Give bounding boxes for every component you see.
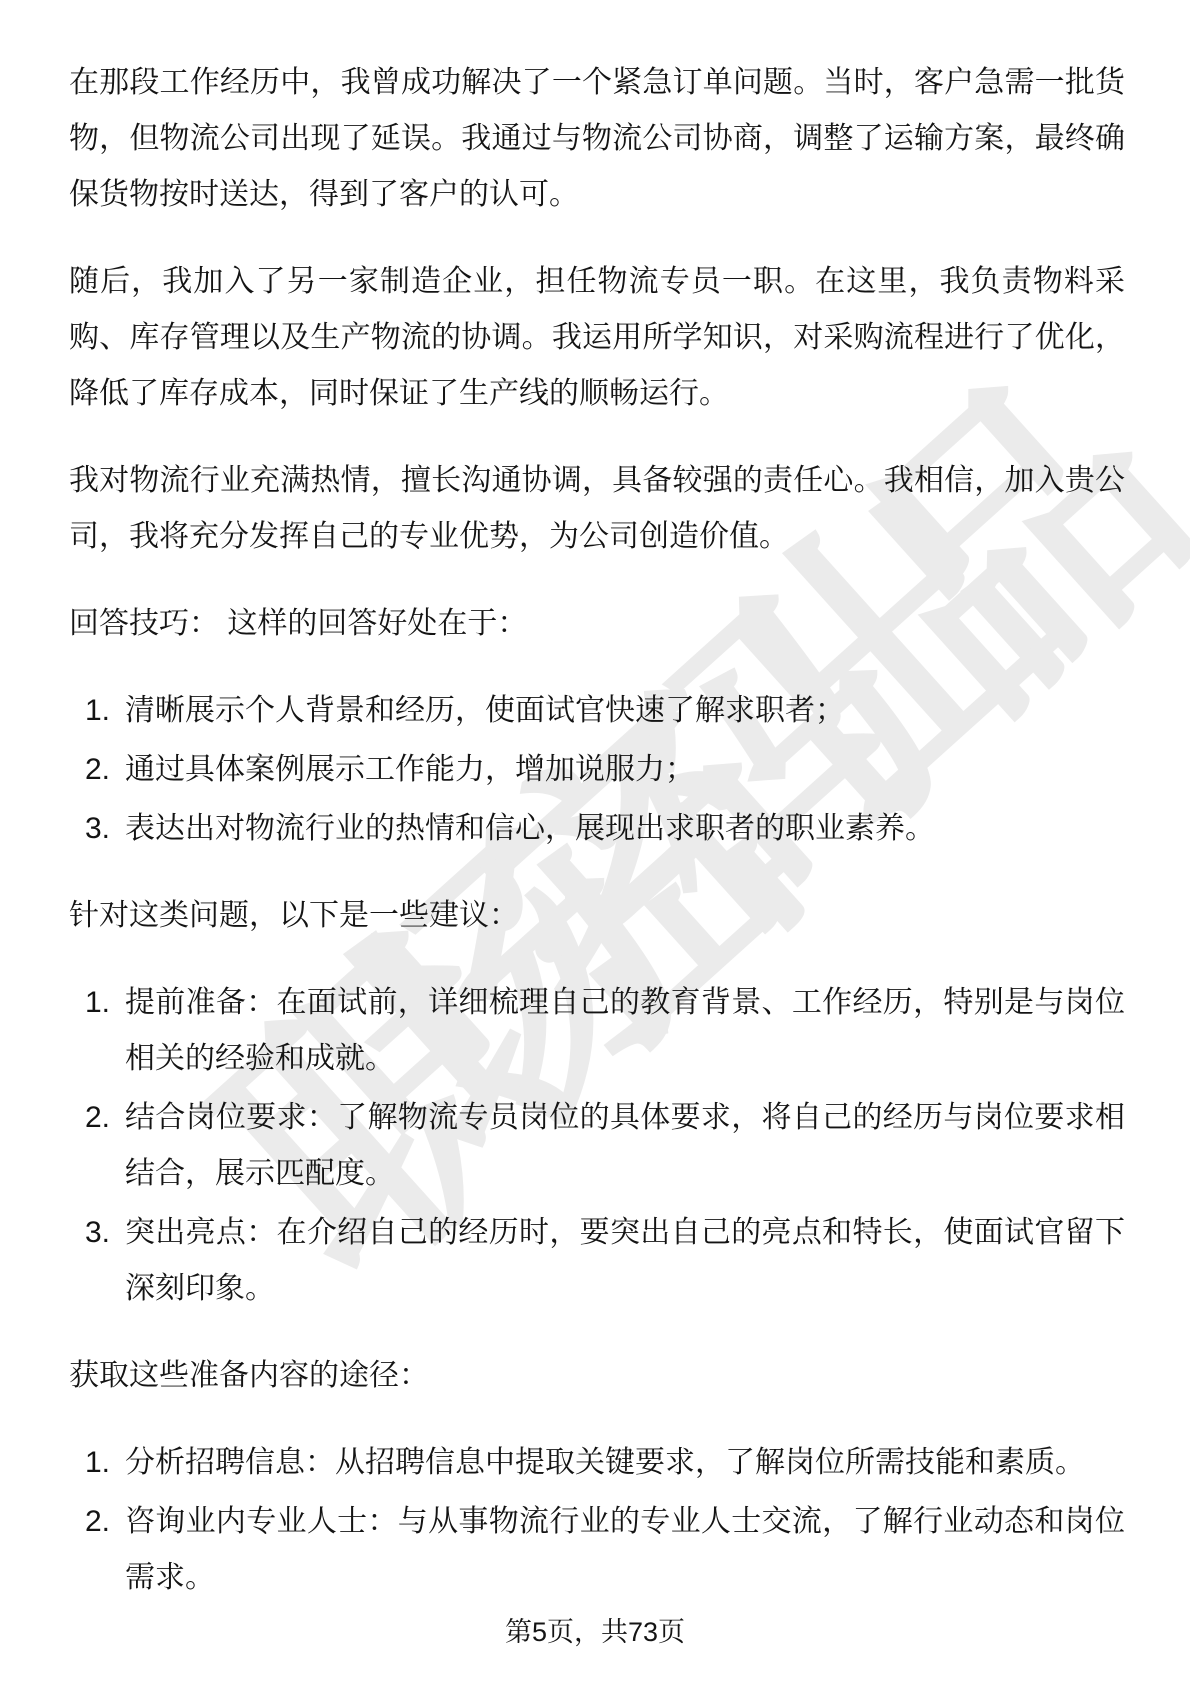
list-item: 1. 清晰展示个人背景和经历，使面试官快速了解求职者； [69, 683, 1125, 739]
list-item-text: 表达出对物流行业的热情和信心，展现出求职者的职业素养。 [125, 812, 935, 845]
paragraph: 在那段工作经历中，我曾成功解决了一个紧急订单问题。当时，客户急需一批货物，但物流… [69, 55, 1125, 223]
list-item-text: 通过具体案例展示工作能力，增加说服力； [125, 753, 695, 786]
list-item-text: 分析招聘信息：从招聘信息中提取关键要求，了解岗位所需技能和素质。 [125, 1446, 1085, 1479]
list-item-number: 1. [85, 683, 110, 739]
list-item-text: 咨询业内专业人士：与从事物流行业的专业人士交流，了解行业动态和岗位需求。 [125, 1505, 1125, 1594]
list-item-number: 3. [85, 801, 110, 857]
list-item-number: 2. [85, 1494, 110, 1550]
list-item: 2. 咨询业内专业人士：与从事物流行业的专业人士交流，了解行业动态和岗位需求。 [69, 1494, 1125, 1606]
list-item: 3. 突出亮点：在介绍自己的经历时，要突出自己的亮点和特长，使面试官留下深刻印象… [69, 1205, 1125, 1317]
list-item-text: 突出亮点：在介绍自己的经历时，要突出自己的亮点和特长，使面试官留下深刻印象。 [125, 1216, 1125, 1305]
paragraph: 随后，我加入了另一家制造企业，担任物流专员一职。在这里，我负责物料采购、库存管理… [69, 254, 1125, 422]
advice-list: 1. 提前准备：在面试前，详细梳理自己的教育背景、工作经历，特别是与岗位相关的经… [69, 975, 1125, 1317]
list-item-number: 2. [85, 1090, 110, 1146]
section-heading-tips: 回答技巧： 这样的回答好处在于： [69, 596, 1125, 652]
page-footer: 第5页，共73页 [0, 1612, 1190, 1652]
list-item-text: 结合岗位要求：了解物流专员岗位的具体要求，将自己的经历与岗位要求相结合，展示匹配… [125, 1101, 1125, 1190]
list-item: 1. 提前准备：在面试前，详细梳理自己的教育背景、工作经历，特别是与岗位相关的经… [69, 975, 1125, 1087]
list-item-number: 3. [85, 1205, 110, 1261]
list-item-number: 1. [85, 975, 110, 1031]
list-item: 1. 分析招聘信息：从招聘信息中提取关键要求，了解岗位所需技能和素质。 [69, 1435, 1125, 1491]
section-heading-sources: 获取这些准备内容的途径： [69, 1348, 1125, 1404]
list-item: 2. 结合岗位要求：了解物流专员岗位的具体要求，将自己的经历与岗位要求相结合，展… [69, 1090, 1125, 1202]
page-content: 在那段工作经历中，我曾成功解决了一个紧急订单问题。当时，客户急需一批货物，但物流… [69, 55, 1125, 1637]
section-heading-advice: 针对这类问题，以下是一些建议： [69, 888, 1125, 944]
document-page: 职场密码出品 在那段工作经历中，我曾成功解决了一个紧急订单问题。当时，客户急需一… [0, 0, 1190, 1684]
list-item-number: 1. [85, 1435, 110, 1491]
list-item: 2. 通过具体案例展示工作能力，增加说服力； [69, 742, 1125, 798]
paragraph: 我对物流行业充满热情，擅长沟通协调，具备较强的责任心。我相信，加入贵公司，我将充… [69, 453, 1125, 565]
list-item-number: 2. [85, 742, 110, 798]
tips-list: 1. 清晰展示个人背景和经历，使面试官快速了解求职者； 2. 通过具体案例展示工… [69, 683, 1125, 857]
list-item-text: 提前准备：在面试前，详细梳理自己的教育背景、工作经历，特别是与岗位相关的经验和成… [125, 986, 1125, 1075]
list-item-text: 清晰展示个人背景和经历，使面试官快速了解求职者； [125, 694, 845, 727]
list-item: 3. 表达出对物流行业的热情和信心，展现出求职者的职业素养。 [69, 801, 1125, 857]
sources-list: 1. 分析招聘信息：从招聘信息中提取关键要求，了解岗位所需技能和素质。 2. 咨… [69, 1435, 1125, 1606]
